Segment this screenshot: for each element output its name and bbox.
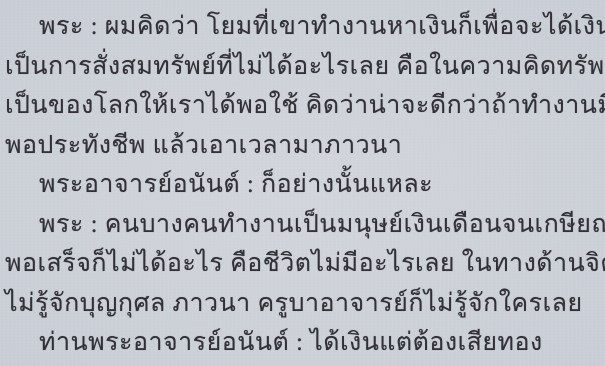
- text-block: พระ : ผมคิดว่า โยมที่เขาทำงานหาเงินก็เพื…: [5, 7, 601, 363]
- text-line: พอประทังชีพ แล้วเอาเวลามาภาวนา: [5, 126, 601, 166]
- text-line: เป็นการสั่งสมทรัพย์ที่ไม่ได้อะไรเลย คือใ…: [5, 47, 601, 87]
- text-line: พอเสร็จก็ไม่ได้อะไร คือชีวิตไม่มีอะไรเลย…: [5, 244, 601, 284]
- text-line: พระ : คนบางคนทำงานเป็นมนุษย์เงินเดือนจนเ…: [5, 205, 601, 245]
- text-line: ไม่รู้จักบุญกุศล ภาวนา ครูบาอาจารย์ก็ไม่…: [5, 284, 601, 324]
- text-line: พระ : ผมคิดว่า โยมที่เขาทำงานหาเงินก็เพื…: [5, 7, 601, 47]
- text-line: ท่านพระอาจารย์อนันต์ : ได้เงินแต่ต้องเสี…: [5, 323, 601, 363]
- text-line: เป็นของโลกให้เราได้พอใช้ คิดว่าน่าจะดีกว…: [5, 86, 601, 126]
- text-line: พระอาจารย์อนันต์ : ก็อย่างนั้นแหละ: [5, 165, 601, 205]
- scanned-page: พระ : ผมคิดว่า โยมที่เขาทำงานหาเงินก็เพื…: [0, 0, 605, 366]
